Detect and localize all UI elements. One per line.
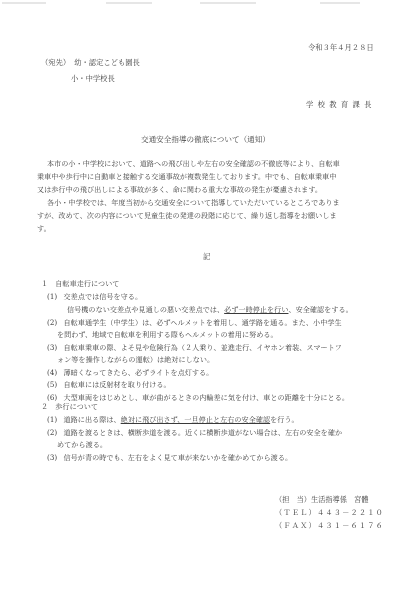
contact-tel: （ＴＥＬ）４４３－２２１０	[275, 509, 384, 516]
scan-artifact	[2, 2, 46, 4]
item-text: 信号が青の時でも、左右をよく見て車が来ないかを確かめてから渡る。	[64, 453, 293, 462]
item-text: 自転車乗車の際、よそ見や危険行為（２人乗り、並進走行、イヤホン着装、スマートフ	[64, 343, 342, 352]
item-text: 自転車には反射材を取り付ける。	[64, 380, 171, 389]
item-number: (1)	[47, 292, 57, 301]
item-number: (4)	[47, 368, 57, 377]
section-1-item-6: (6) 大型車両をはじめとし、車が曲がるときの内輪差に気を付け、車との距離を十分…	[47, 394, 349, 401]
section-2-heading: ２ 歩行について	[41, 403, 98, 410]
item-number: (3)	[47, 453, 57, 462]
body-paragraph-2-line-3: す。	[37, 225, 51, 232]
section-1-item-4: (4) 薄暗くなってきたら、必ずライトを点灯する。	[47, 369, 213, 376]
contact-fax: （ＦＡＸ）４３１－６１７６	[275, 522, 384, 529]
section-2-item-2-continued: めてから渡る。	[57, 441, 107, 448]
body-paragraph-2-line-1: 各小・中学校では、年度当初から交通安全について指導していただいているところであり…	[47, 199, 340, 206]
addressee-kindergarten: 幼・認定こども園長	[74, 58, 140, 67]
addressee-block: （宛先）幼・認定こども園長	[41, 59, 140, 66]
addressee-label: （宛先）	[41, 58, 70, 67]
emphasis-underline: 必ず一時停止を行い	[224, 305, 288, 314]
section-1-item-1: (1) 交差点では信号を守る。	[47, 293, 142, 300]
section-2-item-2: (2) 道路を渡るときは、横断歩道を渡る。近くに横断歩道がない場合は、左右の安全…	[47, 429, 342, 436]
section-1-item-2: (2) 自転車通学生（中学生）は、必ずヘルメットを着用し、通学路を通る。また、小…	[47, 319, 342, 326]
page-title: 交通安全指導の徹底について（通知）	[141, 136, 270, 144]
section-1-item-5: (5) 自転車には反射材を取り付ける。	[47, 381, 171, 388]
item-text: 大型車両をはじめとし、車が曲がるときの内輪差に気を付け、車との距離を十分にとる。	[64, 393, 349, 402]
section-1-item-2-continued: を問わず、地域で自転車を利用する際もヘルメットの着用に努める。	[57, 331, 278, 338]
ki-marker: 記	[203, 253, 210, 260]
addressee-schools: 小・中学校長	[71, 75, 115, 82]
item-number: (1)	[47, 415, 57, 424]
section-2-item-1: (1) 道路に出る際は、絶対に飛び出さず、一旦停止と左右の安全確認を行う。	[47, 416, 299, 423]
section-1-item-1-continued: 信号機のない交差点や見通しの悪い交差点では、必ず一時停止を行い、安全確認をする。	[67, 306, 353, 313]
body-paragraph-1-line-3: 又は歩行中の飛び出しによる事故が多く、命に関わる重大な事故の発生が憂慮されます。	[37, 186, 322, 193]
section-1-item-3-continued: ォン等を操作しながらの運転）は絶対にしない。	[57, 356, 214, 363]
section-1-heading: １ 自転車走行について	[41, 280, 119, 287]
body-paragraph-2-line-2: すが、改めて、次の内容について児童生徒の発達の段階に応じて、繰り返し指導をお願い…	[37, 212, 337, 219]
item-number: (5)	[47, 380, 57, 389]
item-text: 交差点では信号を守る。	[64, 292, 143, 301]
body-paragraph-1-line-1: 本市の小・中学校において、道路への飛び出しや左右の安全確認の不徹底等により、自転…	[47, 160, 340, 167]
item-number: (3)	[47, 343, 57, 352]
item-number: (2)	[47, 428, 57, 437]
item-number: (6)	[47, 393, 57, 402]
item-text: 自転車通学生（中学生）は、必ずヘルメットを着用し、通学路を通る。また、小中学生	[64, 318, 342, 327]
document-date: 令和３年４月２８日	[308, 44, 374, 51]
emphasis-underline: 絶対に飛び出さず、一旦停止と左右の安全確認	[121, 415, 270, 424]
section-2-item-3: (3) 信号が青の時でも、左右をよく見て車が来ないかを確かめてから渡る。	[47, 454, 292, 461]
item-text: 道路を渡るときは、横断歩道を渡る。近くに横断歩道がない場合は、左右の安全を確か	[64, 428, 343, 437]
scan-artifact	[106, 2, 152, 4]
sender: 学 校 教 育 課 長	[306, 101, 372, 108]
item-number: (2)	[47, 318, 57, 327]
item-text: 道路に出る際は、絶対に飛び出さず、一旦停止と左右の安全確認を行う。	[64, 415, 299, 424]
item-text: 薄暗くなってきたら、必ずライトを点灯する。	[64, 368, 214, 377]
body-paragraph-1-line-2: 乗車中や歩行中に自動車と接触する交通事故が複数発生しております。中でも、自転車乗…	[37, 173, 336, 180]
scan-artifact	[320, 2, 360, 4]
contact-person: （担 当）生活指導係 宮體	[275, 496, 368, 503]
section-1-item-3: (3) 自転車乗車の際、よそ見や危険行為（２人乗り、並進走行、イヤホン着装、スマ…	[47, 344, 342, 351]
scan-artifact	[200, 2, 256, 4]
